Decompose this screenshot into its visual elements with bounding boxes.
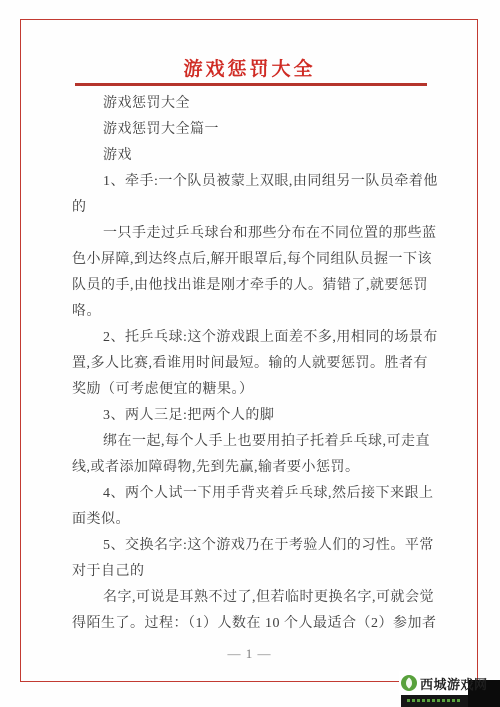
site-watermark: 西城游戏网 — [399, 671, 468, 695]
text-line: 4、两个人试一下用手背夹着乒乓球,然后接下来跟上 — [72, 481, 444, 507]
text-line: 置,多人比赛,看谁用时间最短。输的人就要惩罚。胜者有 — [72, 351, 444, 377]
text-line: 2、托乒乓球:这个游戏跟上面差不多,用相同的场景布 — [72, 325, 444, 351]
text-line: 1、牵手:一个队员被蒙上双眼,由同组另一队员牵着他 — [72, 169, 444, 195]
text-line: 的 — [72, 195, 444, 221]
text-line: 线,或者添加障碍物,先到先赢,输者要小惩罚。 — [72, 455, 444, 481]
text-line: 队员的手,由他找出谁是刚才牵手的人。猜错了,就要惩罚 — [72, 273, 444, 299]
text-line: 一只手走过乒乓球台和那些分布在不同位置的那些蓝 — [72, 221, 444, 247]
text-line: 名字,可说是耳熟不过了,但若临时更换名字,可就会觉 — [72, 585, 444, 611]
document-page: 游戏惩罚大全 游戏惩罚大全游戏惩罚大全篇一游戏1、牵手:一个队员被蒙上双眼,由同… — [0, 0, 500, 707]
text-line: 得陌生了。过程：（1）人数在 10 个人最适合（2）参加者 — [72, 611, 444, 637]
leaf-shape — [403, 677, 414, 688]
text-line: 奖励（可考虑便宜的糖果。） — [72, 377, 444, 403]
leaf-logo-icon — [401, 675, 417, 691]
watermark-microtext — [407, 699, 461, 702]
watermark-site-name: 西城游戏网 — [420, 674, 488, 693]
text-line: 色小屏障,到达终点后,解开眼罩后,每个同组队员握一下该 — [72, 247, 444, 273]
watermark-subtext-strip — [401, 695, 468, 707]
text-line: 3、两人三足:把两个人的脚 — [72, 403, 444, 429]
text-line: 游戏惩罚大全 — [72, 91, 444, 117]
title-underline — [75, 83, 427, 86]
text-line: 对于自己的 — [72, 559, 444, 585]
text-line: 5、交换名字:这个游戏乃在于考验人们的习性。平常 — [72, 533, 444, 559]
page-title: 游戏惩罚大全 — [20, 54, 479, 81]
text-line: 面类似。 — [72, 507, 444, 533]
document-body: 游戏惩罚大全游戏惩罚大全篇一游戏1、牵手:一个队员被蒙上双眼,由同组另一队员牵着… — [72, 91, 444, 637]
text-line: 游戏 — [72, 143, 444, 169]
text-line: 咯。 — [72, 299, 444, 325]
text-line: 绑在一起,每个人手上也要用拍子托着乒乓球,可走直 — [72, 429, 444, 455]
text-line: 游戏惩罚大全篇一 — [72, 117, 444, 143]
page-number: — 1 — — [20, 646, 479, 662]
